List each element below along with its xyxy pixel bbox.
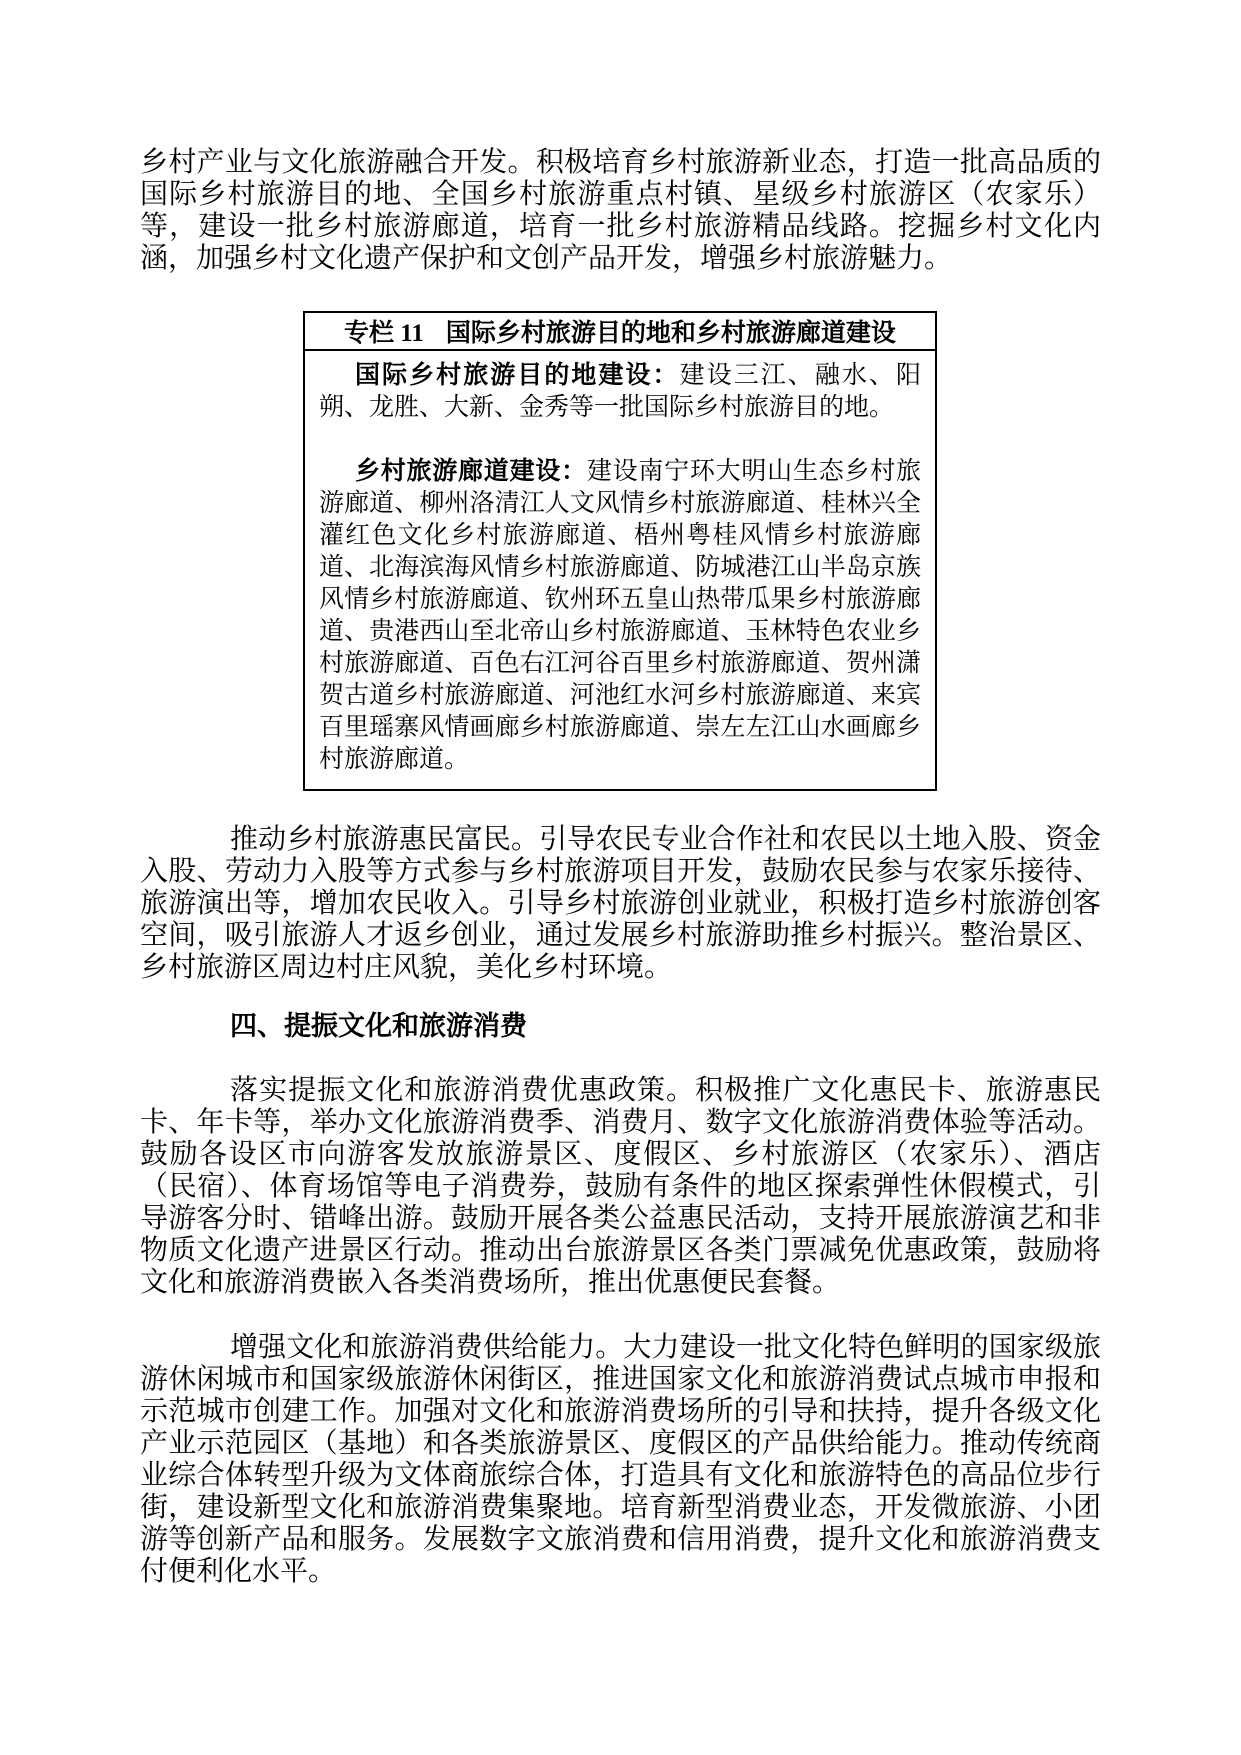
column-box-body: 国际乡村旅游目的地建设：建设三江、融水、阳朔、龙胜、大新、金秀等一批国际乡村旅游… [305,351,935,789]
section-heading-4-boost-consumption: 四、提振文化和旅游消费 [140,1010,1101,1042]
paragraph-consumption-policies: 落实提振文化和旅游消费优惠政策。积极推广文化惠民卡、旅游惠民卡、年卡等，举办文化… [140,1075,1101,1299]
paragraph-consumption-supply: 增强文化和旅游消费供给能力。大力建设一批文化特色鲜明的国家级旅游休闲城市和国家级… [140,1332,1101,1588]
document-page: 乡村产业与文化旅游融合开发。积极培育乡村旅游新业态，打造一批高品质的国际乡村旅游… [0,0,1241,1755]
box-corridors-text: 建设南宁环大明山生态乡村旅游廊道、柳州洛清江人文风情乡村旅游廊道、桂林兴全灌红色… [319,458,921,773]
box-corridors-label: 乡村旅游廊道建设： [355,458,587,485]
paragraph-rural-industry-integration: 乡村产业与文化旅游融合开发。积极培育乡村旅游新业态，打造一批高品质的国际乡村旅游… [140,147,1101,275]
box-paragraph-corridors: 乡村旅游廊道建设：建设南宁环大明山生态乡村旅游廊道、柳州洛清江人文风情乡村旅游廊… [319,456,921,776]
box-destinations-label: 国际乡村旅游目的地建设： [355,362,680,389]
column-box-title-row: 专栏 11 国际乡村旅游目的地和乡村旅游廊道建设 [305,313,935,351]
box-paragraph-destinations: 国际乡村旅游目的地建设：建设三江、融水、阳朔、龙胜、大新、金秀等一批国际乡村旅游… [319,360,921,424]
column-box-title-text: 国际乡村旅游目的地和乡村旅游廊道建设 [446,313,896,349]
paragraph-benefit-farmers: 推动乡村旅游惠民富民。引导农民专业合作社和农民以土地入股、资金入股、劳动力入股等… [140,824,1101,984]
column-box-number-label: 专栏 11 [344,313,424,349]
column-box-11: 专栏 11 国际乡村旅游目的地和乡村旅游廊道建设 国际乡村旅游目的地建设：建设三… [303,311,937,791]
